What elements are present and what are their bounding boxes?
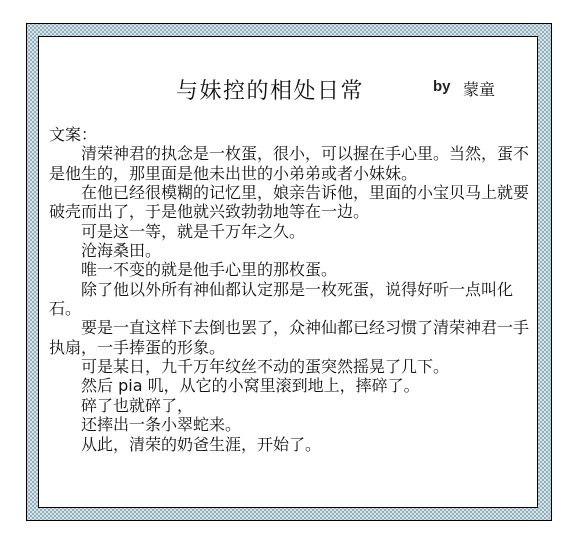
document-title: 与妹控的相处日常 [176, 74, 364, 105]
paragraph: 可是某日，九千万年纹丝不动的蛋突然摇晃了几下。 [49, 357, 533, 376]
section-label: 文案： [49, 125, 533, 144]
paragraph: 碎了也就碎了， [49, 396, 533, 415]
synopsis-body: 文案： 清荣神君的执念是一枚蛋，很小，可以握在手心里。当然，蛋不是他生的，那里面… [49, 125, 533, 454]
paragraph: 沧海桑田。 [49, 241, 533, 260]
paragraph: 唯一不变的就是他手心里的那枚蛋。 [49, 260, 533, 279]
paragraph: 在他已经很模糊的记忆里，娘亲告诉他，里面的小宝贝马上就要破壳而出了，于是他就兴致… [49, 183, 533, 222]
document-page: 与妹控的相处日常 by 蒙童 文案： 清荣神君的执念是一枚蛋，很小，可以握在手心… [38, 36, 538, 508]
paragraph: 还摔出一条小翠蛇来。 [49, 415, 533, 434]
by-label: by [433, 78, 451, 95]
paragraph: 可是这一等，就是千万年之久。 [49, 222, 533, 241]
author-name: 蒙童 [463, 77, 495, 100]
paragraph: 然后 pia 叽，从它的小窝里滚到地上，摔碎了。 [49, 376, 533, 395]
paragraph: 除了他以外所有神仙都认定那是一枚死蛋，说得好听一点叫化石。 [49, 280, 533, 319]
paragraph: 从此，清荣的奶爸生涯，开始了。 [49, 435, 533, 454]
paragraph: 清荣神君的执念是一枚蛋，很小，可以握在手心里。当然，蛋不是他生的，那里面是他未出… [49, 144, 533, 183]
paragraph: 要是一直这样下去倒也罢了，众神仙都已经习惯了清荣神君一手执扇，一手捧蛋的形象。 [49, 318, 533, 357]
